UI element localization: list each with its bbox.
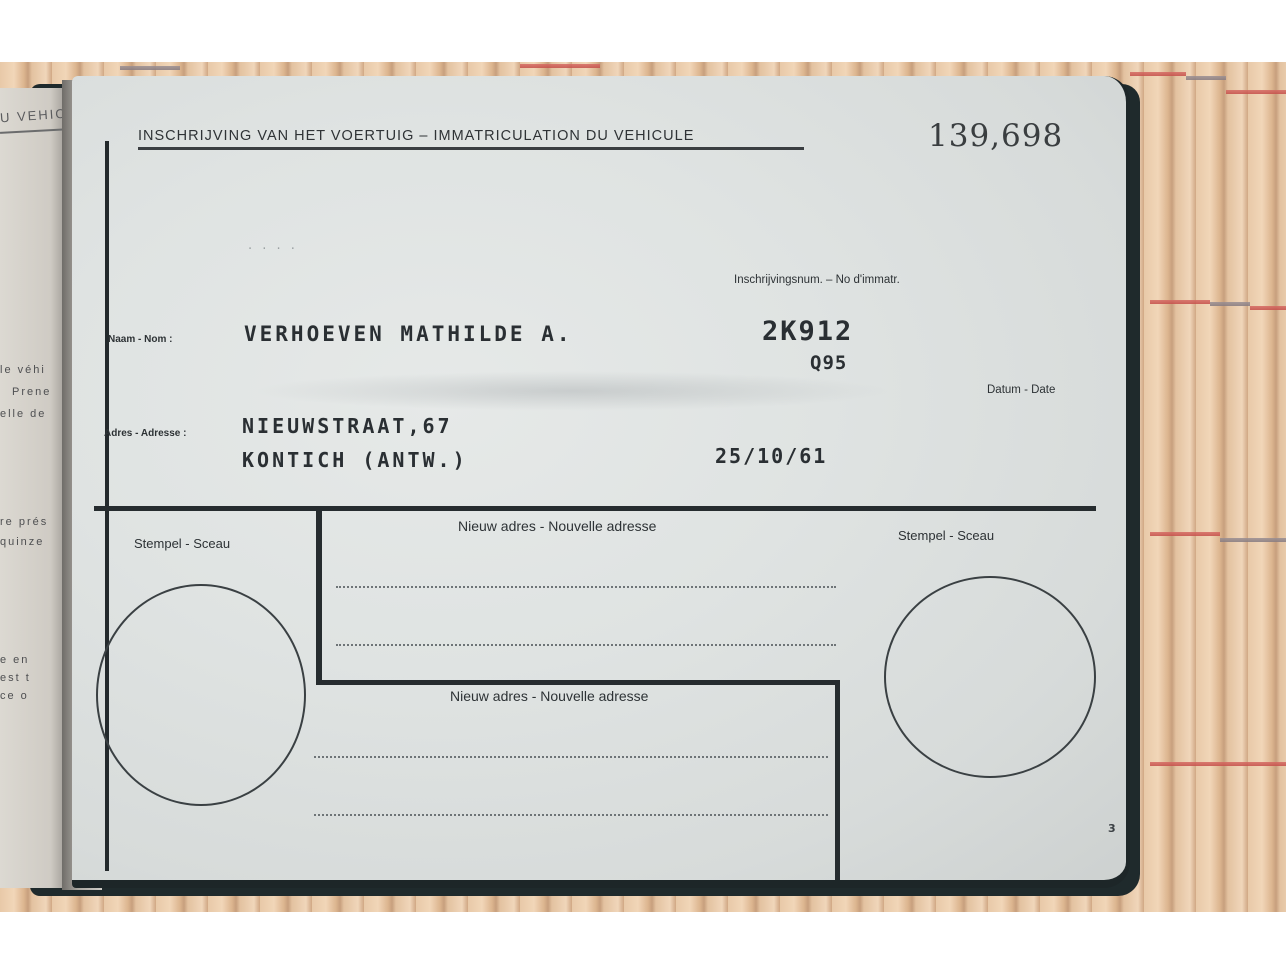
mat-thread (120, 66, 180, 70)
date-value: 25/10/61 (715, 444, 827, 468)
address-line-1: NIEUWSTRAAT,67 (242, 414, 453, 438)
left-page-text: est t (0, 672, 31, 684)
page-title: INSCHRIJVING VAN HET VOERTUIG – IMMATRIC… (138, 128, 694, 144)
mat-thread (520, 64, 600, 68)
date-label: Datum - Date (987, 384, 1055, 396)
left-page-text: elle de (0, 408, 46, 420)
photo-border-top (0, 0, 1286, 62)
faint-marks: · · · · (248, 242, 298, 257)
address-line-field[interactable] (314, 756, 828, 758)
title-underline (138, 147, 804, 150)
left-page-text: re prés (0, 516, 48, 528)
mat-thread (1250, 306, 1286, 310)
mat-thread (1150, 762, 1286, 766)
page-number: 3 (1108, 822, 1116, 835)
left-page-header: U VEHIC (0, 106, 67, 126)
registration-number-label: Inschrijvingsnum. – No d'immatr. (734, 274, 900, 286)
stamp-circle-right (884, 576, 1096, 778)
mat-thread (1150, 532, 1220, 536)
registration-number: 2K912 (762, 316, 853, 347)
left-page-text: e en (0, 654, 29, 666)
mat-thread (1210, 302, 1250, 306)
new-address-label-1: Nieuw adres - Nouvelle adresse (458, 518, 656, 534)
stamp-label-right: Stempel - Sceau (898, 528, 994, 543)
name-value: VERHOEVEN MATHILDE A. (244, 322, 573, 346)
left-page-text: Prene (12, 386, 51, 398)
registration-page: INSCHRIJVING VAN HET VOERTUIG – IMMATRIC… (72, 76, 1130, 888)
new-address-box-border (835, 680, 840, 880)
mat-thread (1226, 90, 1286, 94)
mat-thread (1220, 538, 1286, 542)
left-page-text: le véhi (0, 364, 46, 376)
photo-border-bottom (0, 912, 1286, 965)
serial-number: 139,698 (928, 118, 1063, 154)
typewriter-smudge (252, 371, 892, 411)
mat-thread (1150, 300, 1210, 304)
address-line-2: KONTICH (ANTW.) (242, 448, 468, 472)
new-address-box-border (316, 680, 840, 685)
stamp-label-left: Stempel - Sceau (134, 536, 230, 551)
address-line-field[interactable] (336, 644, 836, 646)
left-page-rule (0, 128, 70, 134)
address-label: Adres - Adresse : (104, 428, 186, 439)
name-label: Naam - Nom : (108, 334, 172, 345)
address-line-field[interactable] (336, 586, 836, 588)
stamp-circle-left (96, 584, 306, 806)
mat-thread (1186, 76, 1226, 80)
mat-thread (1130, 72, 1186, 76)
address-line-field[interactable] (314, 814, 828, 816)
left-page-text: quinze (0, 536, 44, 548)
section-divider (94, 506, 1096, 511)
new-address-label-2: Nieuw adres - Nouvelle adresse (450, 688, 648, 704)
left-page-text: ce o (0, 690, 29, 702)
new-address-box-border (316, 508, 322, 684)
